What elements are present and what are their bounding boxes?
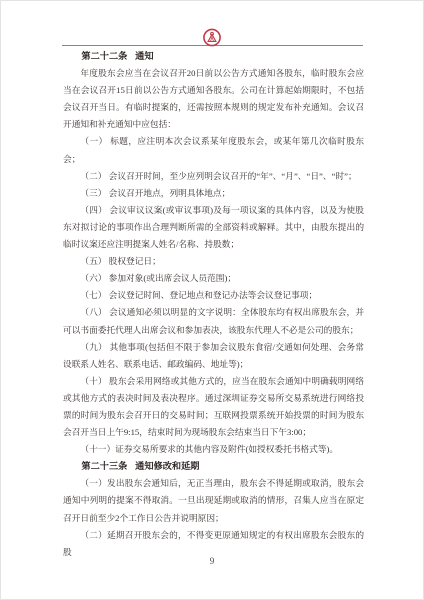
article-number: 第二十三条: [81, 461, 127, 471]
company-seal-icon: [203, 28, 222, 47]
list-item-3: （三） 会议召开地点，列明具体地点；: [63, 185, 364, 202]
list-item-1: （一） 标题，应注明本次会议系某年度股东会，或某年第几次临时股东会；: [63, 133, 364, 167]
document-page: 第二十二条通知 年度股东会应当在会议召开20日前以公告方式通知各股东，临时股东会…: [0, 0, 424, 600]
list-item-9: （九） 其他事项(包括但不限于参加会议股东食宿/交通如何处理、会务常设联系人姓名…: [63, 339, 364, 373]
document-body: 第二十二条通知 年度股东会应当在会议召开20日前以公告方式通知各股东，临时股东会…: [63, 48, 364, 561]
article-title: 通知: [135, 51, 153, 61]
list-item-6: （六） 参加对象(或出席会议人员范围)；: [63, 270, 364, 287]
article-number: 第二十二条: [81, 51, 127, 61]
list-item-5: （五） 股权登记日；: [63, 253, 364, 270]
article-heading-23: 第二十三条通知修改和延期: [63, 458, 364, 475]
list-item-2: （二） 会议召开时间，至少应列明会议召开的“年”、“月”、“日”、“时”；: [63, 168, 364, 185]
page-number: 9: [1, 556, 423, 566]
list-item-7: （七） 会议登记时间、登记地点和登记办法等会议登记事项；: [63, 287, 364, 304]
article-heading-22: 第二十二条通知: [63, 48, 364, 65]
paragraph-1: （一）发出股东会通知后，无正当理由，股东会不得延期或取消，股东会通知中列明的提案…: [63, 475, 364, 526]
list-item-8: （八） 会议通知必须以明显的文字说明：全体股东均有权出席股东会，并可以书面委托代…: [63, 304, 364, 338]
article-title: 通知修改和延期: [135, 461, 199, 471]
list-item-11: （十一）证券交易所要求的其他内容及附件(如授权委托书格式等)。: [63, 441, 364, 458]
paragraph-intro: 年度股东会应当在会议召开20日前以公告方式通知各股东，临时股东会应当在会议召开1…: [63, 65, 364, 133]
list-item-4: （四） 会议审议议案(或审议事项)及每一项议案的具体内容，以及为使股东对拟讨论的…: [63, 202, 364, 253]
list-item-10: （十） 股东会采用网络或其他方式的，应当在股东会通知中明确载明网络或其他方式的表…: [63, 373, 364, 441]
